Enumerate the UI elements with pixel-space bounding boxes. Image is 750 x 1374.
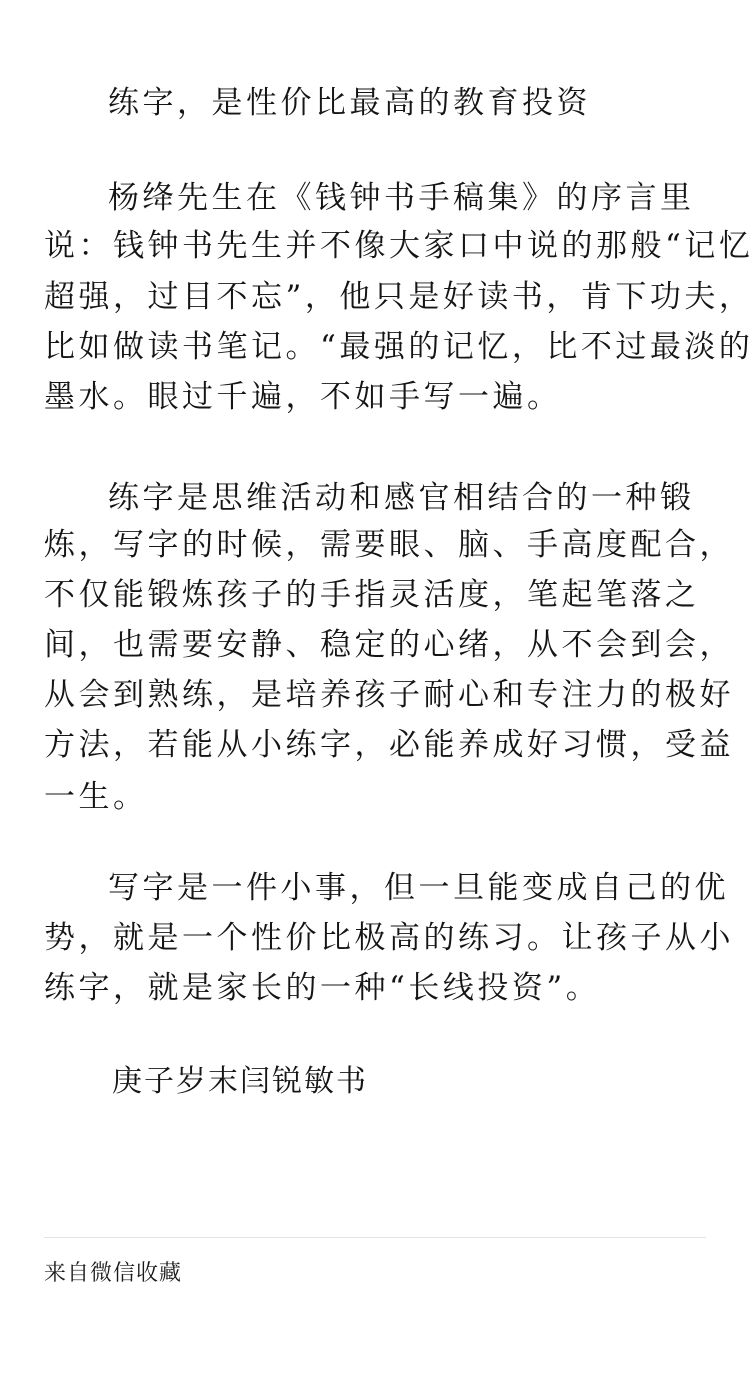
footer-divider [44,1237,706,1238]
paragraph-line: 说：钱钟书先生并不像大家口中说的那般“记忆 [44,226,750,266]
paragraph-line: 杨绛先生在《钱钟书手稿集》的序言里 [108,178,695,218]
signature: 庚子岁末闫锐敏书 [112,1062,368,1102]
paragraph-line: 势，就是一个性价比极高的练习。让孩子从小 [44,918,734,958]
paragraph-line: 炼，写字的时候，需要眼、脑、手高度配合， [44,525,734,565]
source-label: 来自微信收藏 [44,1258,182,1290]
paragraph-line: 方法，若能从小练字，必能养成好习惯，受益 [44,725,734,765]
article-title: 练字，是性价比最高的教育投资 [108,83,591,123]
paragraph-line: 练字，就是家长的一种“长线投资”。 [44,968,600,1008]
paragraph-line: 写字是一件小事，但一旦能变成自己的优 [108,868,729,908]
paragraph-line: 从会到熟练，是培养孩子耐心和专注力的极好 [44,675,734,715]
paragraph-line: 比如做读书笔记。“最强的记忆，比不过最淡的 [44,327,750,367]
paragraph-line: 间，也需要安静、稳定的心绪，从不会到会， [44,625,734,665]
paragraph-line: 练字是思维活动和感官相结合的一种锻 [108,478,695,518]
paragraph-line: 不仅能锻炼孩子的手指灵活度，笔起笔落之 [44,575,700,615]
paragraph-line: 墨水。眼过千遍，不如手写一遍。 [44,377,562,417]
paragraph-line: 超强，过目不忘”，他只是好读书，肯下功夫， [44,277,750,317]
paragraph-line: 一生。 [44,777,148,817]
